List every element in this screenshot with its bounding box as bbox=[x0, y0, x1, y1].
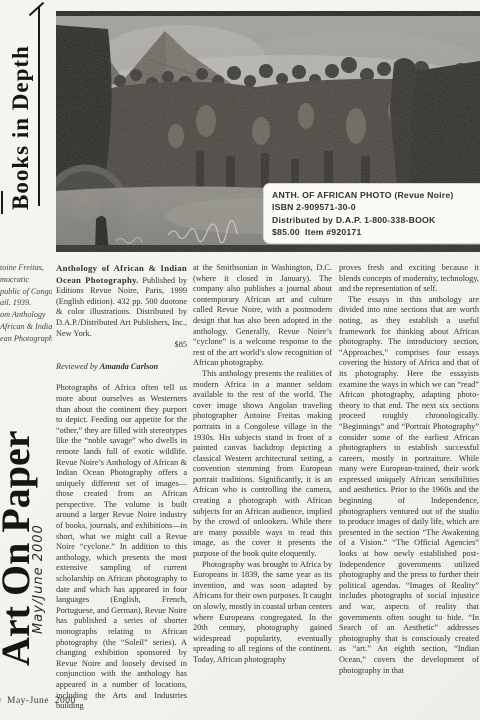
caption-line: toine Freitas, bbox=[0, 262, 52, 274]
info-box-price-item: $85.00 Item #920171 bbox=[272, 226, 480, 238]
caption-line: public of Congo, bbox=[0, 286, 52, 298]
body-paragraph: Photographs of Africa often tell us more… bbox=[56, 383, 187, 711]
section-bracket-mark bbox=[1, 191, 3, 214]
byline: Reviewed by Amanda Carlson bbox=[56, 362, 187, 373]
magazine-page: Books in Depth bbox=[0, 0, 480, 720]
book-price: $85 bbox=[56, 340, 187, 351]
photo-caption: toine Freitas, mocratic public of Congo,… bbox=[0, 262, 52, 345]
body-paragraph: Photography was brought to Africa by Eur… bbox=[193, 560, 332, 666]
publication-info: Anthology of African & Indian Ocean Phot… bbox=[56, 263, 187, 351]
reviewer-name: Amanda Carlson bbox=[100, 362, 158, 371]
article-column-1: Anthology of African & Indian Ocean Phot… bbox=[56, 263, 187, 712]
body-paragraph: This anthology presents the realities of… bbox=[193, 369, 332, 560]
caption-line: mocratic bbox=[0, 274, 52, 286]
section-rule bbox=[38, 6, 40, 206]
info-box-title: ANTH. OF AFRICAN PHOTO (Revue Noire) bbox=[272, 189, 480, 201]
caption-line: om Anthology bbox=[0, 309, 52, 321]
article-column-3: proves fresh and exciting because it ble… bbox=[339, 263, 479, 676]
caption-line: ean Photography. bbox=[0, 333, 52, 345]
issue-date-script: May/June 2000 bbox=[28, 424, 50, 634]
info-box-distributor: Distributed by D.A.P. 1-800-338-BOOK bbox=[272, 214, 480, 226]
body-paragraph: proves fresh and exciting because it ble… bbox=[339, 263, 479, 295]
article-column-2: at the Smithsonian in Washington, D.C. (… bbox=[193, 263, 332, 666]
caption-line: African & Indian bbox=[0, 321, 52, 333]
body-paragraph: The essays in this anthology are divided… bbox=[339, 295, 479, 676]
info-box-isbn: ISBN 2-909571-30-0 bbox=[272, 201, 480, 213]
body-paragraph: at the Smithsonian in Washington, D.C. (… bbox=[193, 263, 332, 369]
byline-label: Reviewed by bbox=[56, 362, 100, 371]
book-info-box: ANTH. OF AFRICAN PHOTO (Revue Noire) ISB… bbox=[263, 183, 480, 244]
caption-line: ail. 1939. bbox=[0, 297, 52, 309]
section-title: Books in Depth bbox=[3, 6, 39, 210]
